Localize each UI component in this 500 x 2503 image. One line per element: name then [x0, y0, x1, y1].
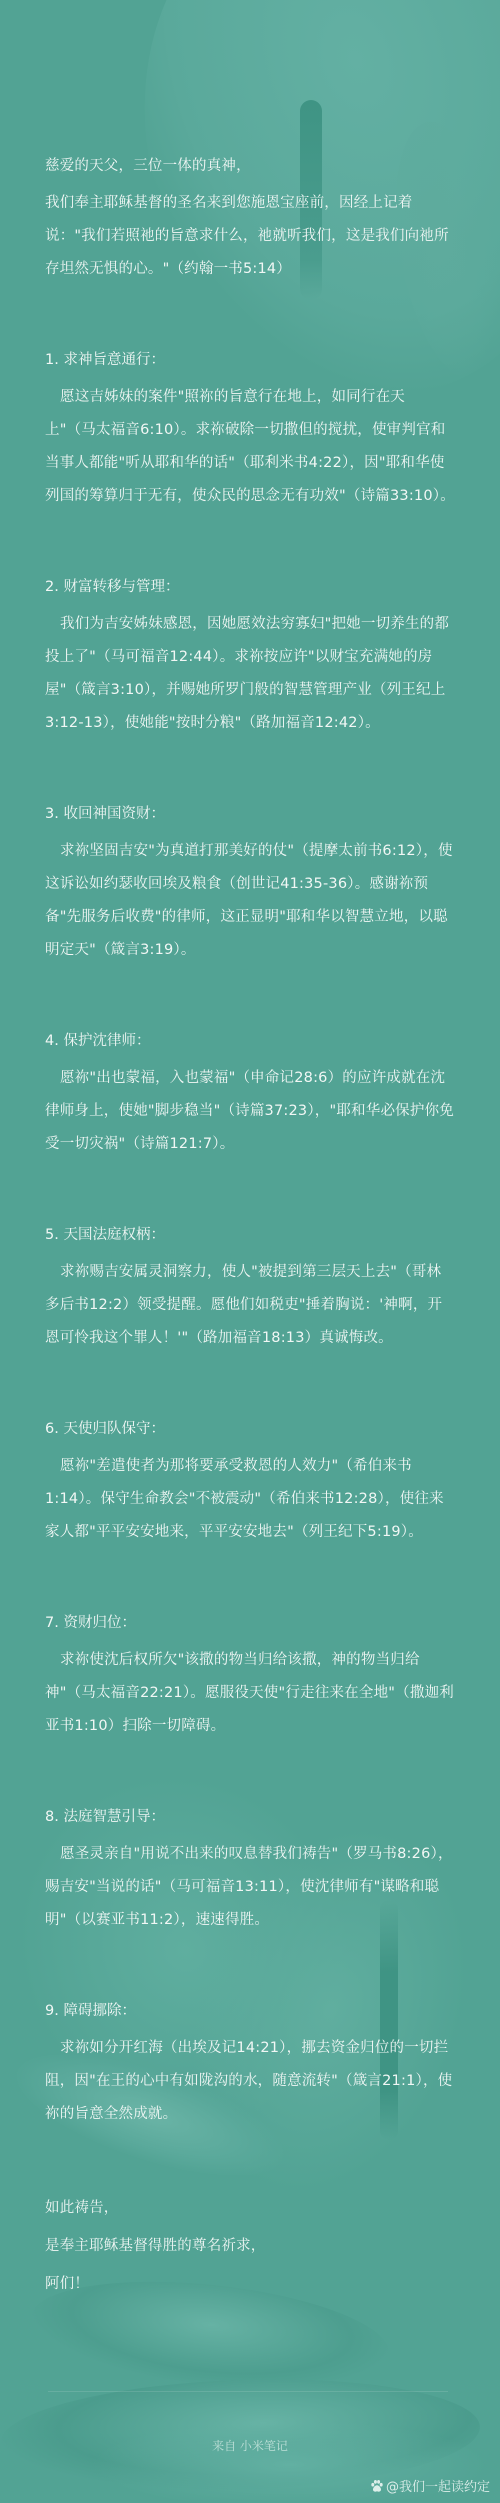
section-title: 4. 保护沈律师： — [45, 1025, 455, 1058]
prayer-section-1: 1. 求神旨意通行： 愿这吉姊妹的案件"照祢的旨意行在地上，如同行在天上"（马太… — [45, 344, 455, 513]
prayer-section-8: 8. 法庭智慧引导： 愿圣灵亲自"用说不出来的叹息替我们祷告"（罗马书8:26）… — [45, 1801, 455, 1937]
prayer-section-5: 5. 天国法庭权柄： 求祢赐吉安属灵洞察力，使人"被提到第三层天上去"（哥林多后… — [45, 1219, 455, 1355]
prayer-section-2: 2. 财富转移与管理： 我们为吉安姊妹感恩，因她愿效法穷寡妇"把她一切养生的都投… — [45, 571, 455, 740]
section-body: 愿祢"出也蒙福，入也蒙福"（申命记28:6）的应许成就在沈律师身上，使她"脚步稳… — [45, 1062, 455, 1161]
section-body: 我们为吉安姊妹感恩，因她愿效法穷寡妇"把她一切养生的都投上了"（马可福音12:4… — [45, 608, 455, 740]
section-body: 愿这吉姊妹的案件"照祢的旨意行在地上，如同行在天上"（马太福音6:10）。求祢破… — [45, 381, 455, 513]
section-body: 愿祢"差遣使者为那将要承受救恩的人效力"（希伯来书1:14）。保守生命教会"不被… — [45, 1450, 455, 1549]
section-body: 求祢赐吉安属灵洞察力，使人"被提到第三层天上去"（哥林多后书12:2）领受提醒。… — [45, 1256, 455, 1355]
intro-greeting: 慈爱的天父，三位一体的真神， — [45, 0, 455, 183]
prayer-section-6: 6. 天使归队保守： 愿祢"差遣使者为那将要承受救恩的人效力"（希伯来书1:14… — [45, 1413, 455, 1549]
section-title: 9. 障碍挪除： — [45, 1995, 455, 2028]
closing-line: 如此祷告， — [45, 2189, 455, 2227]
intro-paragraph: 我们奉主耶稣基督的圣名来到您施恩宝座前，因经上记着说："我们若照祂的旨意求什么，… — [45, 187, 455, 286]
watermark: @我们一起读约定 — [370, 2476, 490, 2495]
prayer-document: 慈爱的天父，三位一体的真神， 我们奉主耶稣基督的圣名来到您施恩宝座前，因经上记着… — [0, 0, 500, 2303]
section-title: 2. 财富转移与管理： — [45, 571, 455, 604]
section-title: 8. 法庭智慧引导： — [45, 1801, 455, 1834]
section-title: 1. 求神旨意通行： — [45, 344, 455, 377]
closing-block: 如此祷告， 是奉主耶稣基督得胜的尊名祈求， 阿们！ — [45, 2189, 455, 2303]
prayer-section-4: 4. 保护沈律师： 愿祢"出也蒙福，入也蒙福"（申命记28:6）的应许成就在沈律… — [45, 1025, 455, 1161]
section-title: 3. 收回神国资财： — [45, 798, 455, 831]
closing-line: 是奉主耶稣基督得胜的尊名祈求， — [45, 2227, 455, 2265]
closing-amen: 阿们！ — [45, 2265, 455, 2303]
prayer-section-9: 9. 障碍挪除： 求祢如分开红海（出埃及记14:21），挪去资金归位的一切拦阻，… — [45, 1995, 455, 2131]
footer-divider — [48, 2391, 448, 2392]
section-title: 6. 天使归队保守： — [45, 1413, 455, 1446]
watermark-text: @我们一起读约定 — [386, 2476, 490, 2495]
section-body: 求祢如分开红海（出埃及记14:21），挪去资金归位的一切拦阻，因"在王的心中有如… — [45, 2032, 455, 2131]
paw-icon — [370, 2479, 384, 2493]
section-body: 求祢坚固吉安"为真道打那美好的仗"（提摩太前书6:12），使这诉讼如约瑟收回埃及… — [45, 835, 455, 967]
source-label: 来自 小米笔记 — [0, 2437, 500, 2454]
section-title: 5. 天国法庭权柄： — [45, 1219, 455, 1252]
section-body: 求祢使沈后权所欠"该撒的物当归给该撒，神的物当归给神"（马太福音22:21）。愿… — [45, 1644, 455, 1743]
section-body: 愿圣灵亲自"用说不出来的叹息替我们祷告"（罗马书8:26），赐吉安"当说的话"（… — [45, 1838, 455, 1937]
prayer-section-3: 3. 收回神国资财： 求祢坚固吉安"为真道打那美好的仗"（提摩太前书6:12），… — [45, 798, 455, 967]
section-title: 7. 资财归位： — [45, 1607, 455, 1640]
prayer-section-7: 7. 资财归位： 求祢使沈后权所欠"该撒的物当归给该撒，神的物当归给神"（马太福… — [45, 1607, 455, 1743]
